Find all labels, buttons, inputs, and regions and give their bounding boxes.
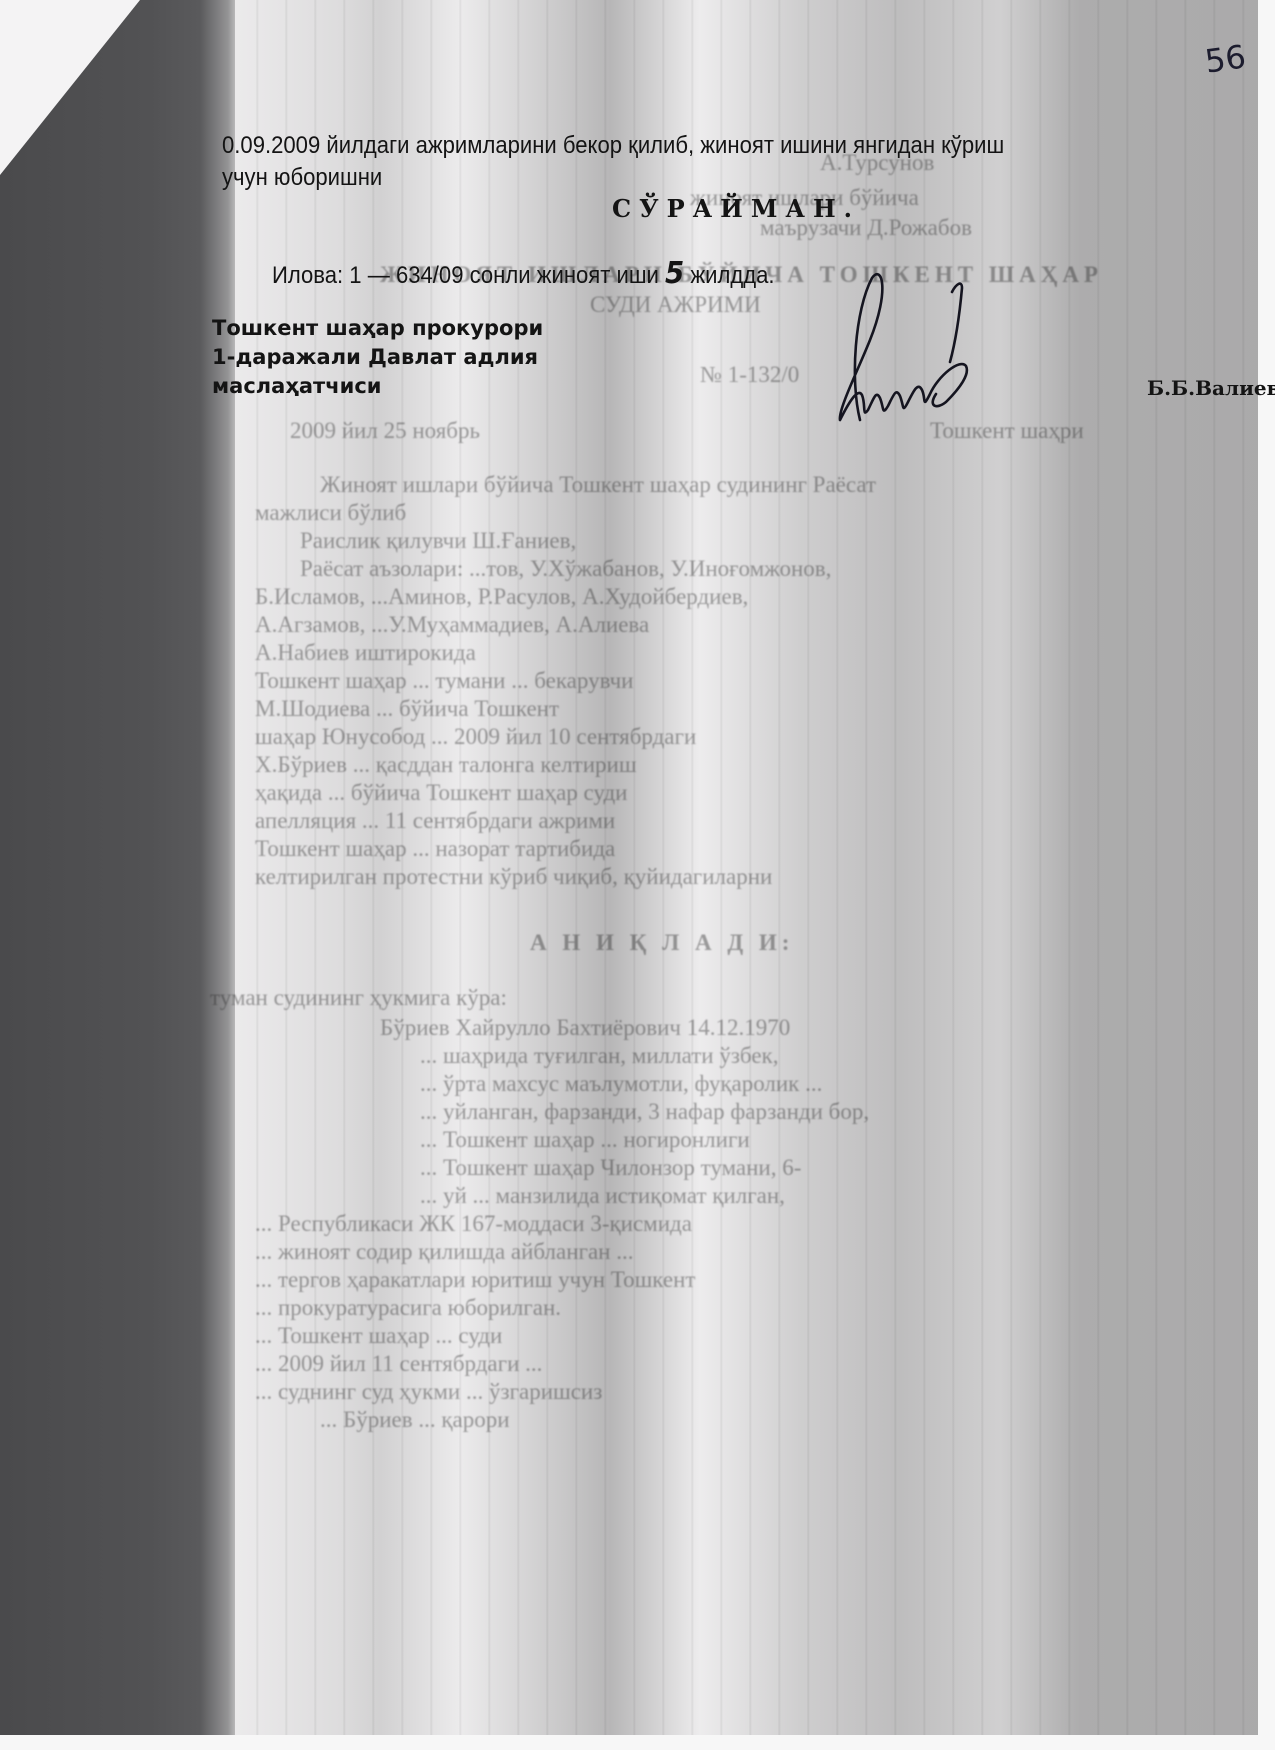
bleed-through-line: ... Тошкент шаҳар ... суди	[255, 1323, 502, 1349]
bleed-through-line: ... 2009 йил 11 сентябрдаги ...	[255, 1351, 542, 1377]
bleed-through-line: ... Тошкент шаҳар Чилонзор тумани, 6-	[420, 1155, 801, 1181]
bleed-through-line: ... Тошкент шаҳар ... ногиронлиги	[420, 1127, 750, 1153]
signatory-name: Б.Б.Валиев	[1147, 376, 1275, 400]
bleed-through-line: Тошкент шаҳар ... тумани ... бекарувчи	[255, 668, 633, 694]
bleed-through-line: апелляция ... 11 сентябрдаги ажрими	[255, 808, 615, 834]
scan-shadow-band	[0, 0, 235, 1735]
bleed-through-line: ... ўрта махсус маълумотли, фуқаролик ..…	[420, 1071, 822, 1097]
bleed-through-line: ... прокуратурасига юборилган.	[255, 1295, 561, 1321]
bleed-through-line: Жиноят ишлари бўйича Тошкент шаҳар судин…	[320, 472, 876, 498]
annex-volume-count: 5	[665, 256, 684, 291]
bleed-through-line: А.Агзамов, ...У.Муҳаммадиев, А.Алиева	[255, 612, 649, 638]
bleed-through-line: Тошкент шаҳар ... назорат тартибида	[255, 836, 615, 862]
bleed-through-line: № 1-132/0	[700, 362, 799, 388]
bleed-through-line: ... суднинг суд ҳукми ... ўзгаришсиз	[255, 1379, 602, 1405]
bleed-through-line: Раёсат аъзолари: ...тов, У.Хўжабанов, У.…	[300, 556, 831, 582]
bleed-through-line: Бўриев Хайрулло Бахтиёрович 14.12.1970	[380, 1015, 790, 1041]
bleed-through-line: Раислик қилувчи Ш.Ғаниев,	[300, 528, 576, 554]
bleed-through-line: ... Республикаси ЖК 167-моддаси 3-қисмид…	[255, 1211, 692, 1237]
bleed-through-line: ... шаҳрида туғилган, миллати ўзбек,	[420, 1043, 778, 1069]
annex-note: Илова: 1 — 634/09 сонли жиноят иши 5 жил…	[272, 256, 775, 291]
bleed-through-line: мажлиси бўлиб	[255, 500, 406, 526]
annex-suffix: жилдда.	[690, 262, 774, 289]
bleed-through-line: ... жиноят содир қилишда айбланган ...	[255, 1239, 634, 1265]
page-number: 56	[1203, 37, 1249, 80]
bleed-through-line: СУДИ АЖРИМИ	[590, 292, 761, 318]
bleed-through-line: А.Набиев иштирокида	[255, 640, 476, 666]
signatory-title-line-1: Тошкент шаҳар прокурори	[212, 314, 543, 343]
bleed-through-line: ... уй ... манзилида истиқомат қилган,	[420, 1183, 785, 1209]
request-text-line-2: учун юборишни	[222, 164, 382, 192]
bleed-through-line: 2009 йил 25 ноябрь	[290, 418, 480, 444]
bleed-through-line: туман судининг ҳукмига кўра:	[210, 985, 507, 1011]
handwritten-signature-icon	[810, 270, 980, 430]
signatory-title: Тошкент шаҳар прокурори 1-даражали Давла…	[212, 314, 543, 401]
bleed-through-line: ... тергов ҳаракатлари юритиш учун Тошке…	[255, 1267, 695, 1293]
bleed-through-line: ... Бўриев ... қарори	[320, 1407, 510, 1433]
annex-prefix: Илова: 1 — 634/09 сонли жиноят иши	[272, 262, 659, 289]
bleed-through-line: М.Шодиева ... бўйича Тошкент	[255, 696, 559, 722]
request-text-line-1: 0.09.2009 йилдаги ажримларини бекор қили…	[222, 132, 1004, 160]
bleed-through-line: Б.Исламов, ...Аминов, Р.Расулов, А.Худой…	[255, 584, 748, 610]
scan-margin-right	[1258, 0, 1275, 1750]
bleed-through-line: Х.Бўриев ... қасддан талонга келтириш	[255, 752, 637, 778]
bleed-through-line: келтирилган протестни кўриб чиқиб, қуйид…	[255, 864, 772, 890]
bleed-through-line: А Н И Қ Л А Д И:	[530, 930, 794, 956]
bleed-through-line: шаҳар Юнусобод ... 2009 йил 10 сентябрда…	[255, 724, 696, 750]
signatory-title-line-2: 1-даражали Давлат адлия	[212, 343, 543, 372]
bleed-through-line: ҳақида ... бўйича Тошкент шаҳар суди	[255, 780, 628, 806]
scan-margin-bottom	[0, 1735, 1275, 1750]
signatory-title-line-3: маслаҳатчиси	[212, 372, 543, 401]
folded-corner	[0, 0, 140, 175]
request-heading: СЎРАЙМАН.	[612, 194, 860, 223]
bleed-through-line: ... уйланган, фарзанди, 3 нафар фарзанди…	[420, 1099, 869, 1125]
